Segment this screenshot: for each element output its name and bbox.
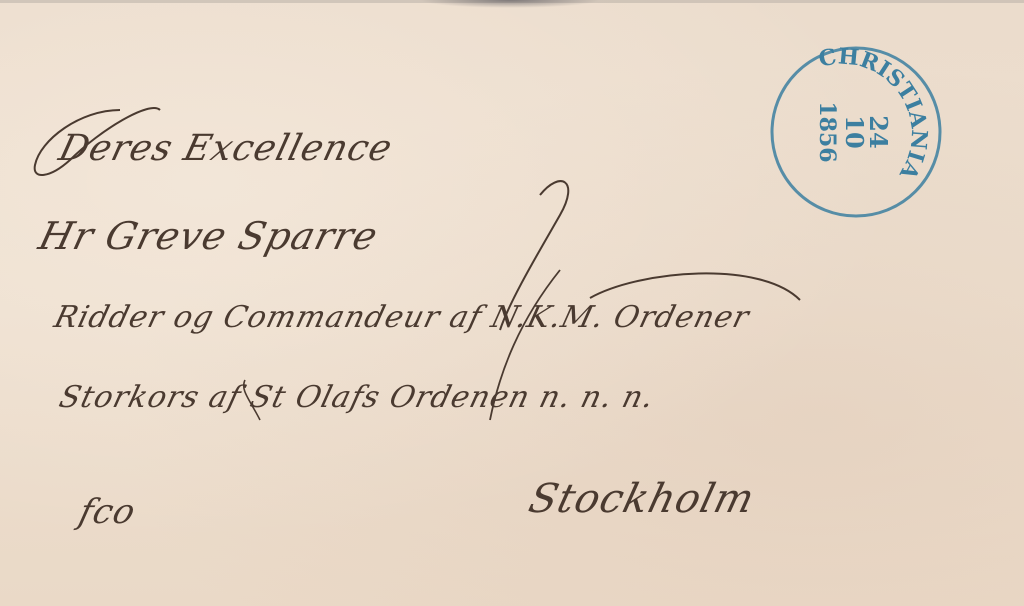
address-line-name: Hr Greve Sparre — [35, 214, 383, 258]
address-line-city: Stockholm — [524, 476, 759, 522]
postmark-year: 1856 — [814, 101, 840, 162]
address-line-title: Ridder og Commandeur af N.K.M. Ordener — [51, 300, 753, 335]
postmark-stamp: CHRISTIANIA 24 10 1856 — [768, 44, 944, 220]
address-line-order: Storkors af St Olafs Ordenen n. n. n. — [56, 380, 659, 415]
postmark-month: 10 — [840, 115, 869, 148]
envelope: Deres Excellence Hr Greve Sparre Ridder … — [0, 0, 1024, 606]
address-line-salutation: Deres Excellence — [55, 128, 397, 169]
address-line-franco: fco — [75, 492, 140, 532]
